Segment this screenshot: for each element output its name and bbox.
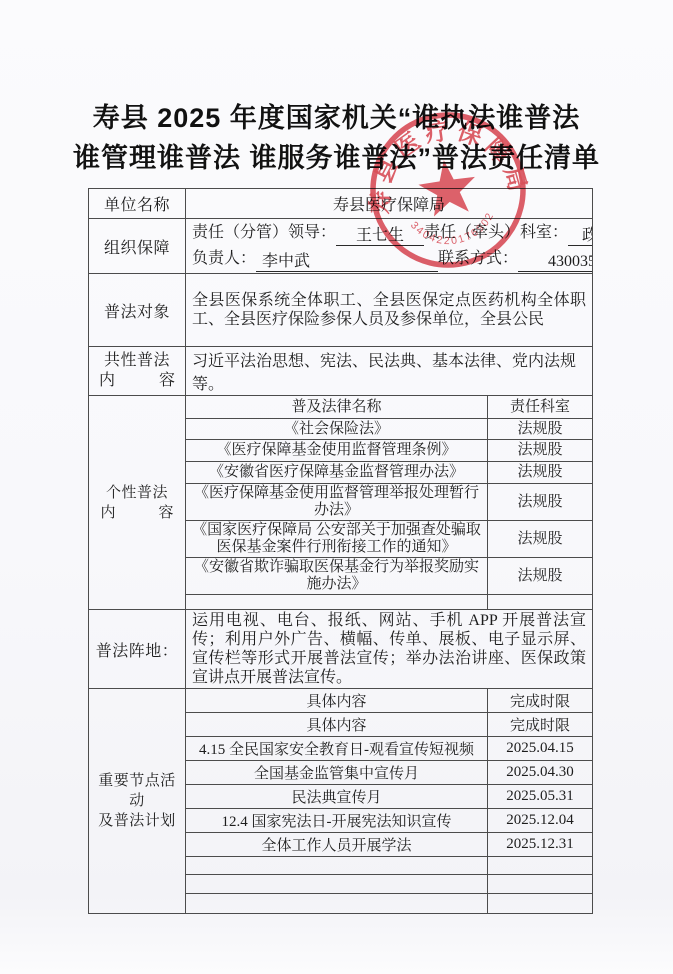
contact-value: 4300356 <box>518 253 592 272</box>
law-name: 《安徽省医疗保障基金监督管理办法》 <box>186 462 488 484</box>
unit-name-value: 寿县医疗保障局 <box>186 189 593 219</box>
organization-line-1: 责任（分管）领导：王七生责任（牵头）科室：政策法规股 <box>192 220 586 246</box>
audience-label: 普法对象 <box>89 274 186 347</box>
law-dept: 法规股 <box>488 440 593 462</box>
law-name <box>186 595 488 610</box>
plan-content: 民法典宣传月 <box>186 785 488 809</box>
organization-line-2: 负责人：李中武联系方式：4300356 <box>192 246 586 272</box>
plan-content: 全体工作人员开展学法 <box>186 833 488 857</box>
title-line-2: 谁管理谁普法 谁服务谁普法”普法责任清单 <box>0 138 673 178</box>
responsibility-table: 单位名称 寿县医疗保障局 组织保障 责任（分管）领导：王七生责任（牵头）科室：政… <box>88 188 593 914</box>
law-name-header: 普及法律名称 <box>186 396 488 419</box>
contact-label: 联系方式： <box>438 250 518 267</box>
plan-deadline: 2025.12.31 <box>488 833 593 857</box>
plan-content <box>186 857 488 875</box>
plan-label: 重要节点活动 及普法计划 <box>89 689 186 914</box>
law-name: 《医疗保障基金使用监督管理条例》 <box>186 440 488 462</box>
law-name: 《国家医疗保障局 公安部关于加强查处骗取医保基金案件行刑衔接工作的通知》 <box>186 521 488 558</box>
title-line-1: 寿县 2025 年度国家机关“谁执法谁普法 <box>0 98 673 138</box>
row-common-content: 共性普法 内 容 习近平法治思想、宪法、民法典、基本法律、党内法规等。 <box>89 347 593 396</box>
plan-content: 12.4 国家宪法日-开展宪法知识宣传 <box>186 809 488 833</box>
law-dept: 法规股 <box>488 521 593 558</box>
common-content-value: 习近平法治思想、宪法、民法典、基本法律、党内法规等。 <box>186 347 593 396</box>
law-name: 《社会保险法》 <box>186 419 488 440</box>
plan-deadline-header: 完成时限 <box>488 689 593 713</box>
organization-cell: 责任（分管）领导：王七生责任（牵头）科室：政策法规股 负责人：李中武联系方式：4… <box>186 219 593 274</box>
plan-deadline: 2025.04.30 <box>488 761 593 785</box>
plan-header-row-1: 重要节点活动 及普法计划 具体内容 完成时限 <box>89 689 593 713</box>
row-positions: 普法阵地： 运用电视、电台、报纸、网站、手机 APP 开展普法宣传；利用户外广告… <box>89 610 593 689</box>
document-page: 寿县 2025 年度国家机关“谁执法谁普法 谁管理谁普法 谁服务谁普法”普法责任… <box>0 0 673 974</box>
specific-content-label: 个性普法 内 容 <box>89 396 186 610</box>
law-dept: 法规股 <box>488 462 593 484</box>
audience-value: 全县医保系统全体职工、全县医保定点医药机构全体职工、全县医疗保险参保人员及参保单… <box>186 274 593 347</box>
plan-content: 全国基金监管集中宣传月 <box>186 761 488 785</box>
plan-content-header: 具体内容 <box>186 713 488 737</box>
law-name: 《医疗保障基金使用监督管理举报处理暂行办法》 <box>186 484 488 521</box>
common-content-label: 共性普法 内 容 <box>89 347 186 396</box>
law-name: 《安徽省欺诈骗取医保基金行为举报奖励实施办法》 <box>186 558 488 595</box>
row-audience: 普法对象 全县医保系统全体职工、全县医保定点医药机构全体职工、全县医疗保险参保人… <box>89 274 593 347</box>
plan-deadline: 2025.04.15 <box>488 737 593 761</box>
plan-content <box>186 875 488 894</box>
plan-deadline: 2025.05.31 <box>488 785 593 809</box>
plan-deadline <box>488 857 593 875</box>
plan-deadline <box>488 875 593 894</box>
row-organization: 组织保障 责任（分管）领导：王七生责任（牵头）科室：政策法规股 负责人：李中武联… <box>89 219 593 274</box>
leader-value: 王七生 <box>336 227 424 246</box>
plan-content: 4.15 全民国家安全教育日-观看宣传短视频 <box>186 737 488 761</box>
plan-deadline <box>488 894 593 914</box>
document-title: 寿县 2025 年度国家机关“谁执法谁普法 谁管理谁普法 谁服务谁普法”普法责任… <box>0 98 673 178</box>
lead-dept-label: 责任（牵头）科室： <box>424 224 568 241</box>
person-value: 李中武 <box>256 253 438 272</box>
plan-deadline: 2025.12.04 <box>488 809 593 833</box>
row-unit-name: 单位名称 寿县医疗保障局 <box>89 189 593 219</box>
positions-label: 普法阵地： <box>89 610 186 689</box>
law-dept: 法规股 <box>488 558 593 595</box>
lead-dept-value: 政策法规股 <box>568 227 592 246</box>
plan-deadline-header: 完成时限 <box>488 713 593 737</box>
plan-content <box>186 894 488 914</box>
person-label: 负责人： <box>192 250 256 267</box>
law-dept-header: 责任科室 <box>488 396 593 419</box>
law-dept <box>488 595 593 610</box>
unit-name-label: 单位名称 <box>89 189 186 219</box>
leader-label: 责任（分管）领导： <box>192 224 336 241</box>
plan-content-header: 具体内容 <box>186 689 488 713</box>
row-law-header: 个性普法 内 容 普及法律名称 责任科室 <box>89 396 593 419</box>
organization-label: 组织保障 <box>89 219 186 274</box>
positions-value: 运用电视、电台、报纸、网站、手机 APP 开展普法宣传；利用户外广告、横幅、传单… <box>186 610 593 689</box>
law-dept: 法规股 <box>488 484 593 521</box>
law-dept: 法规股 <box>488 419 593 440</box>
